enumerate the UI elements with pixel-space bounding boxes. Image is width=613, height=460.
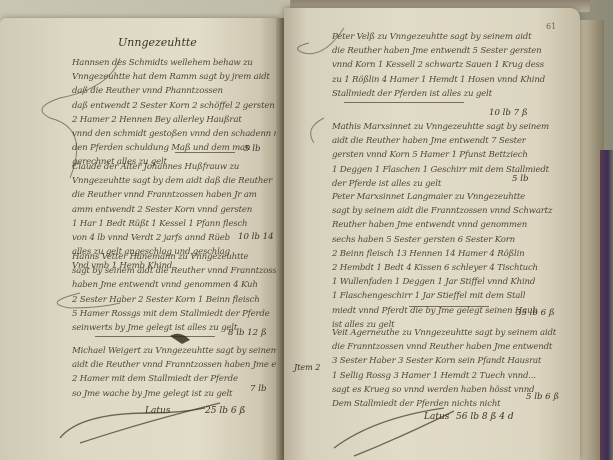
entry-line: aidt die Reuther vnnd Franntzossen haben… xyxy=(72,358,311,372)
entry-line: Veit Agerneuthe zu Vnngezeuhtte sagt by … xyxy=(332,326,556,340)
page-heading: Unngezeuhtte xyxy=(118,36,197,49)
entry-line: 2 Hamer 2 Hennen Bey allerley Haußrat xyxy=(72,113,295,127)
entry-line: die Reuther vnnd Franntzossen haben Jr a… xyxy=(72,188,272,202)
entry-line: 2 Hembdt 1 Bedt 4 Kissen 6 schleyer 4 Ti… xyxy=(332,261,552,275)
ledger-entry: Veit Agerneuthe zu Vnngezeuhtte sagt by … xyxy=(332,326,556,411)
entry-amount: 8 lb 12 ß xyxy=(228,328,267,338)
entry-line: sechs haben 5 Sester gersten 6 Sester Ko… xyxy=(332,233,552,247)
total-amount: 56 lb 8 ß 4 d xyxy=(456,412,514,422)
entry-line: Vnngezeuhtte hat dem Ramm sagt by jrem a… xyxy=(72,70,295,84)
entry-line: die Franntzossen vnnd Reuther haben Jme … xyxy=(332,340,556,354)
entry-line: Vnngezeuhtte sagt by dem aidt daß die Re… xyxy=(72,174,272,188)
ledger-entry: Hanns Vetter Hanemann zu Vnngezeuhtte sa… xyxy=(72,250,287,335)
margin-note: Jtem 2 xyxy=(294,363,320,372)
entry-line: Hannsen des Schmidts wellehem behaw zu xyxy=(72,56,295,70)
divider xyxy=(95,336,215,337)
entry-line: vnnd den schmidt gestoßen vnnd den schad… xyxy=(72,127,295,141)
entry-line: so Jme wache by Jme gelegt ist zu gelt xyxy=(72,387,311,401)
total-label: Latus xyxy=(145,406,170,416)
entry-line: 1 Wullenfaden 1 Deggen 1 Jar Stiffel vnn… xyxy=(332,275,552,289)
entry-line: den Pferden schuldung Maß und dem man xyxy=(72,141,295,155)
entry-line: Claude der Alter Johannes Hußfrauw zu xyxy=(72,160,272,174)
entry-line: Michael Weigert zu Vnngezeuhtte sagt by … xyxy=(72,344,311,358)
folio-number: 61 xyxy=(546,22,556,31)
divider xyxy=(175,152,235,153)
entry-amount: 10 lb 7 ß xyxy=(489,108,528,118)
entry-line: amm entwendt 2 Sester Korn vnnd gersten xyxy=(72,203,272,217)
entry-line: 1 Har 1 Bedt Rüßt 1 Kessel 1 Pfann flesc… xyxy=(72,217,272,231)
divider xyxy=(409,306,489,307)
entry-line: Reuther haben Jme entwendt vnnd genommen xyxy=(332,218,552,232)
entry-amount: 5 lb xyxy=(512,174,528,184)
total-amount: 25 lb 6 ß xyxy=(205,406,245,416)
entry-amount: 5 lb 6 ß xyxy=(526,392,559,402)
ledger-entry: Michael Weigert zu Vnngezeuhtte sagt by … xyxy=(72,344,311,401)
entry-line: daß entwendt 2 Sester Korn 2 schöffel 2 … xyxy=(72,99,295,113)
right-page: 61 Peter Velß zu Vnngezeuhtte sagt by se… xyxy=(284,8,580,460)
left-page: Unngezeuhtte Hannsen des Schmidts welleh… xyxy=(0,18,282,460)
entry-line: Hanns Vetter Hanemann zu Vnngezeuhtte xyxy=(72,250,287,264)
entry-line: die Reuther haben Jme entwendt 5 Sester … xyxy=(332,44,545,58)
entry-line: sagt es Krueg so vnnd werden haben hösst… xyxy=(332,383,556,397)
entry-line: Peter Marxsinnet Langmaier zu Vnngezeuht… xyxy=(332,190,552,204)
entry-line: Mathis Marxsinnet zu Vnngezeuhtte sagt b… xyxy=(332,120,549,134)
entry-line: haben Jme entwendt vnnd genommen 4 Kuh xyxy=(72,278,287,292)
entry-line: aidt die Reuther haben Jme entwendt 7 Se… xyxy=(332,134,549,148)
entry-line: gersten vnnd Korn 5 Hamer 1 Pfunst Bettz… xyxy=(332,148,549,162)
ledger-entry: Peter Velß zu Vnngezeuhtte sagt by seine… xyxy=(332,30,545,101)
entry-line: zu 1 Rößlin 4 Hamer 1 Hemdt 1 Hosen vnnd… xyxy=(332,73,545,87)
entry-line: 1 Flaschengeschirr 1 Jar Stieffel mit de… xyxy=(332,289,552,303)
entry-line: vnnd Korn 1 Kessell 2 schwartz Sauen 1 K… xyxy=(332,58,545,72)
entry-amount: 35 lb 6 ß xyxy=(516,308,555,318)
entry-line: sagt by seinem aidt die Franntzossen vnn… xyxy=(332,204,552,218)
entry-amount: 7 lb xyxy=(250,384,266,394)
entry-line: Stallmiedt der Pferden ist alles zu gelt xyxy=(332,87,545,101)
entry-line: 1 Sellig Rossg 3 Hamer 1 Hemdt 2 Tuech v… xyxy=(332,369,556,383)
entry-line: Dem Stallmiedt der Pferden nichts nicht xyxy=(332,397,556,411)
cover-strip xyxy=(600,150,613,460)
entry-line: 2 Beinn fleisch 13 Hennen 14 Hamer 4 Röß… xyxy=(332,247,552,261)
entry-line: 2 Sester Haber 2 Sester Korn 1 Beinn fle… xyxy=(72,293,287,307)
divider xyxy=(344,102,464,103)
entry-line: 2 Hamer mit dem Stallmiedt der Pferde xyxy=(72,372,311,386)
entry-line: 3 Sester Haber 3 Sester Korn sein Pfandt… xyxy=(332,354,556,368)
entry-line: sagt by seinem aidt die Reuther vnnd Fra… xyxy=(72,264,287,278)
entry-line: 5 Hamer Rossgs mit dem Stallmiedt der Pf… xyxy=(72,307,287,321)
entry-amount: 5 lb xyxy=(244,144,260,154)
entry-line: Peter Velß zu Vnngezeuhtte sagt by seine… xyxy=(332,30,545,44)
total-label: Latus xyxy=(424,412,449,422)
entry-line: daß die Reuther vnnd Phanntzossen xyxy=(72,84,295,98)
